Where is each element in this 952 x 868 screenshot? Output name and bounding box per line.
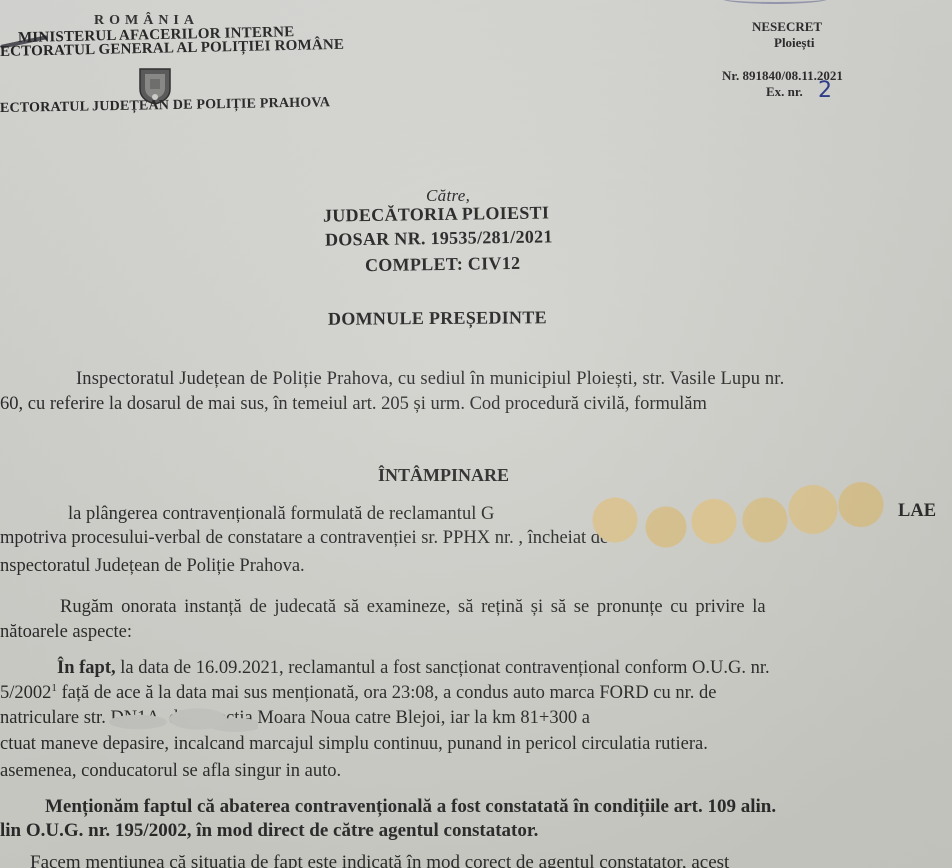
copy-label: Ex. nr. xyxy=(766,84,803,100)
facts-law-ref: 5/2002 xyxy=(0,683,51,703)
complaint-text: la plângerea contravențională formulată … xyxy=(68,504,494,524)
complaint-line-1: la plângerea contravențională formulată … xyxy=(68,504,494,525)
mention-line-2: lin O.U.G. nr. 195/2002, în mod direct d… xyxy=(0,820,538,842)
copy-number-handwritten: 2 xyxy=(818,78,832,103)
document-title: ÎNTÂMPINARE xyxy=(378,465,509,486)
addressee-file-number: DOSAR NR. 19535/281/2021 xyxy=(325,226,553,250)
facts-line-1: În fapt, la data de 16.09.2021, reclaman… xyxy=(57,658,770,679)
redaction-plate-number xyxy=(108,692,258,752)
addressee-court: JUDECĂTORIA PLOIESTI xyxy=(323,202,550,226)
addressee-panel: COMPLET: CIV12 xyxy=(365,253,521,276)
facts-label: În fapt, xyxy=(57,658,116,678)
mention-line-1: Menționăm faptul că abaterea contravenți… xyxy=(45,796,776,818)
facts-line-4: ctuat maneve depasire, incalcand marcaju… xyxy=(0,734,708,755)
header-county-inspectorate: ECTORATUL JUDEȚEAN DE POLIȚIE PRAHOVA xyxy=(0,95,330,117)
facts-line-5: asemenea, conducatorul se afla singur in… xyxy=(0,761,341,782)
classification-label: NESECRET xyxy=(752,19,822,35)
ink-mark xyxy=(720,0,830,4)
salutation: DOMNULE PREȘEDINTE xyxy=(328,307,547,330)
complaint-line-3: nspectoratul Județean de Poliție Prahova… xyxy=(0,556,305,577)
intro-line-1: Inspectoratul Județean de Poliție Prahov… xyxy=(76,369,784,390)
complaint-line-1-end: LAE xyxy=(898,501,936,522)
request-line-2: nătoarele aspecte: xyxy=(0,622,132,643)
redaction-name xyxy=(585,478,885,548)
intro-line-2: 60, cu referire la dosarul de mai sus, î… xyxy=(0,394,707,415)
facts-line-3: natriculare str. DN1A, din directia Moar… xyxy=(0,708,590,729)
request-line-1: Rugăm onorata instanță de judecată să ex… xyxy=(60,597,766,618)
next-paragraph-partial: Facem mențiunea că situația de fapt este… xyxy=(30,852,729,868)
facts-text: la data de 16.09.2021, reclamantul a fos… xyxy=(116,658,770,678)
complaint-line-2: mpotriva procesului-verbal de constatare… xyxy=(0,528,608,549)
city-label: Ploiești xyxy=(774,35,814,51)
